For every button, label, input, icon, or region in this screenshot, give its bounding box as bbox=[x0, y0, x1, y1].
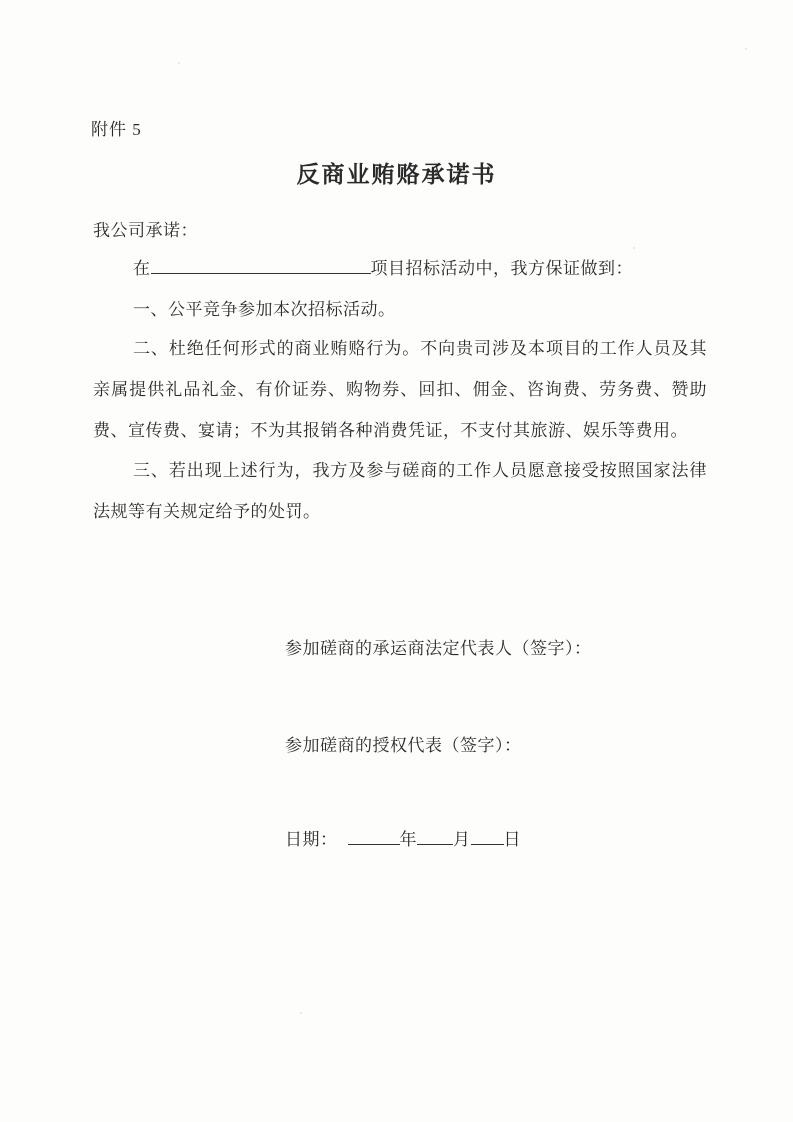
intro-line: 我公司承诺： bbox=[93, 216, 198, 241]
date-year-blank bbox=[348, 830, 400, 845]
scan-speck bbox=[633, 247, 635, 249]
attachment-label: 附件 5 bbox=[91, 115, 142, 140]
clause-1: 一、公平竞争参加本次招标活动。 bbox=[133, 295, 396, 320]
date-day-blank bbox=[471, 830, 504, 845]
legal-representative-signature-line: 参加磋商的承运商法定代表人（签字）： bbox=[285, 634, 592, 659]
scan-speck bbox=[178, 62, 180, 64]
project-blank-line: 在项目招标活动中，我方保证做到： bbox=[133, 254, 633, 279]
date-line: 日期：年月日 bbox=[285, 825, 521, 850]
clause-2: 二、杜绝任何形式的商业贿赂行为。不向贵司涉及本项目的工作人员及其亲属提供礼品礼金… bbox=[93, 328, 707, 451]
date-label: 日期： bbox=[285, 830, 338, 849]
project-line-prefix: 在 bbox=[133, 259, 151, 278]
document-title: 反商业贿赂承诺书 bbox=[0, 156, 793, 189]
scanned-document-page: 附件 5 反商业贿赂承诺书 我公司承诺： 在项目招标活动中，我方保证做到： 一、… bbox=[0, 0, 793, 1122]
date-year-label: 年 bbox=[400, 830, 418, 849]
authorized-representative-signature-line: 参加磋商的授权代表（签字）： bbox=[285, 731, 522, 756]
date-month-label: 月 bbox=[453, 830, 471, 849]
project-name-blank bbox=[151, 259, 371, 274]
project-line-suffix: 项目招标活动中，我方保证做到： bbox=[371, 259, 634, 278]
date-month-blank bbox=[417, 830, 453, 845]
scan-speck bbox=[745, 48, 747, 50]
clause-3: 三、若出现上述行为，我方及参与磋商的工作人员愿意接受按照国家法律法规等有关规定给… bbox=[93, 450, 707, 532]
date-day-label: 日 bbox=[504, 830, 522, 849]
scan-speck bbox=[300, 1012, 302, 1014]
